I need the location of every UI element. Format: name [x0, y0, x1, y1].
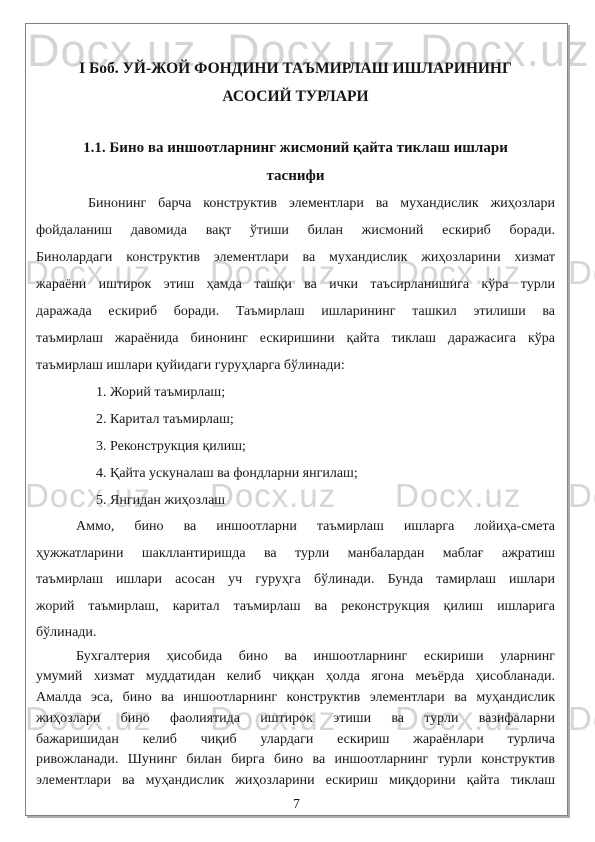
list-item: 3. Реконструкция қилиш;: [36, 433, 555, 460]
paragraph-line: таъмирлаш ишлари асосан уч гуруҳга бўлин…: [36, 567, 555, 594]
repair-types-list: 1. Жорий таъмирлаш; 2. Каритал таъмирлаш…: [36, 379, 555, 514]
paragraph-line: фойдаланиш давомида вақт ўтиши билан жис…: [36, 217, 555, 244]
watermark-text: Docx.uz: [568, 702, 595, 735]
watermark-text: Docx.uz: [568, 479, 595, 512]
paragraph-line: ривожланади. Шунинг билан бирга бино ва …: [36, 750, 555, 771]
document-canvas: Docx.uz Docx.uz Docx.uz Docx.uz Docx.uz …: [0, 0, 595, 842]
paragraph-2: Аммо, бино ва иншоотларни таъмирлаш ишла…: [36, 514, 555, 647]
paragraph-line: жиҳозлари бино фаолиятида иштирок этиши …: [36, 709, 555, 730]
section-title-line-1: 1.1. Бино ва иншоотларнинг жисмоний қайт…: [36, 134, 555, 162]
paragraph-line: бажаришидан келиб чиқиб улардаги ескириш…: [36, 730, 555, 751]
paragraph-line: умумий хизмат муддатидан келиб чиққан ҳо…: [36, 667, 555, 688]
list-item: 5. Янгидан жиҳозлаш: [36, 487, 555, 514]
list-item: 1. Жорий таъмирлаш;: [36, 379, 555, 406]
paragraph-line: таъмирлаш жараёнида бинонинг ескиришини …: [36, 325, 555, 352]
paragraph-line: жараёни иштирок этиш ҳамда ташқи ва ички…: [36, 271, 555, 298]
paragraph-1: Бинонинг барча конструктив элементлари в…: [36, 190, 555, 379]
list-item: 2. Каритал таъмирлаш;: [36, 406, 555, 433]
chapter-title: I Боб. УЙ-ЖОЙ ФОНДИНИ ТАЪМИРЛАШ ИШЛАРИНИ…: [36, 55, 555, 111]
chapter-title-line-2: АСОСИЙ ТУРЛАРИ: [36, 83, 555, 111]
paragraph-line: Бинолардаги конструктив элементлари ва м…: [36, 244, 555, 271]
page-number: 7: [26, 796, 567, 812]
paragraph-line: бўлинади.: [36, 620, 555, 647]
paragraph-line: таъмирлаш ишлари қуйидаги гуруҳларга бўл…: [36, 352, 555, 379]
paragraph-line: Бинонинг барча конструктив элементлари в…: [36, 190, 555, 217]
page-frame: I Боб. УЙ-ЖОЙ ФОНДИНИ ТАЪМИРЛАШ ИШЛАРИНИ…: [25, 23, 568, 816]
chapter-title-line-1: I Боб. УЙ-ЖОЙ ФОНДИНИ ТАЪМИРЛАШ ИШЛАРИНИ…: [36, 55, 555, 83]
paragraph-line: жорий таъмирлаш, каритал таъмирлаш ва ре…: [36, 594, 555, 621]
paragraph-line: Аммо, бино ва иншоотларни таъмирлаш ишла…: [36, 514, 555, 541]
section-title: 1.1. Бино ва иншоотларнинг жисмоний қайт…: [36, 134, 555, 190]
section-title-line-2: таснифи: [36, 162, 555, 190]
paragraph-line: даражада ескириб боради. Таъмирлаш ишлар…: [36, 298, 555, 325]
paragraph-line: Бухгалтерия ҳисобида бино ва иншоотларни…: [36, 647, 555, 668]
list-item: 4. Қайта ускуналаш ва фондларни янгилаш;: [36, 460, 555, 487]
paragraph-line: элементлари ва муҳандислик жиҳозларини е…: [36, 771, 555, 792]
watermark-text: Docx.uz: [568, 256, 595, 289]
paragraph-line: ҳужжатларини шакллантиришда ва турли ман…: [36, 541, 555, 568]
paragraph-3: Бухгалтерия ҳисобида бино ва иншоотларни…: [36, 647, 555, 793]
paragraph-line: Амалда эса, бино ва иншоотларнинг констр…: [36, 688, 555, 709]
